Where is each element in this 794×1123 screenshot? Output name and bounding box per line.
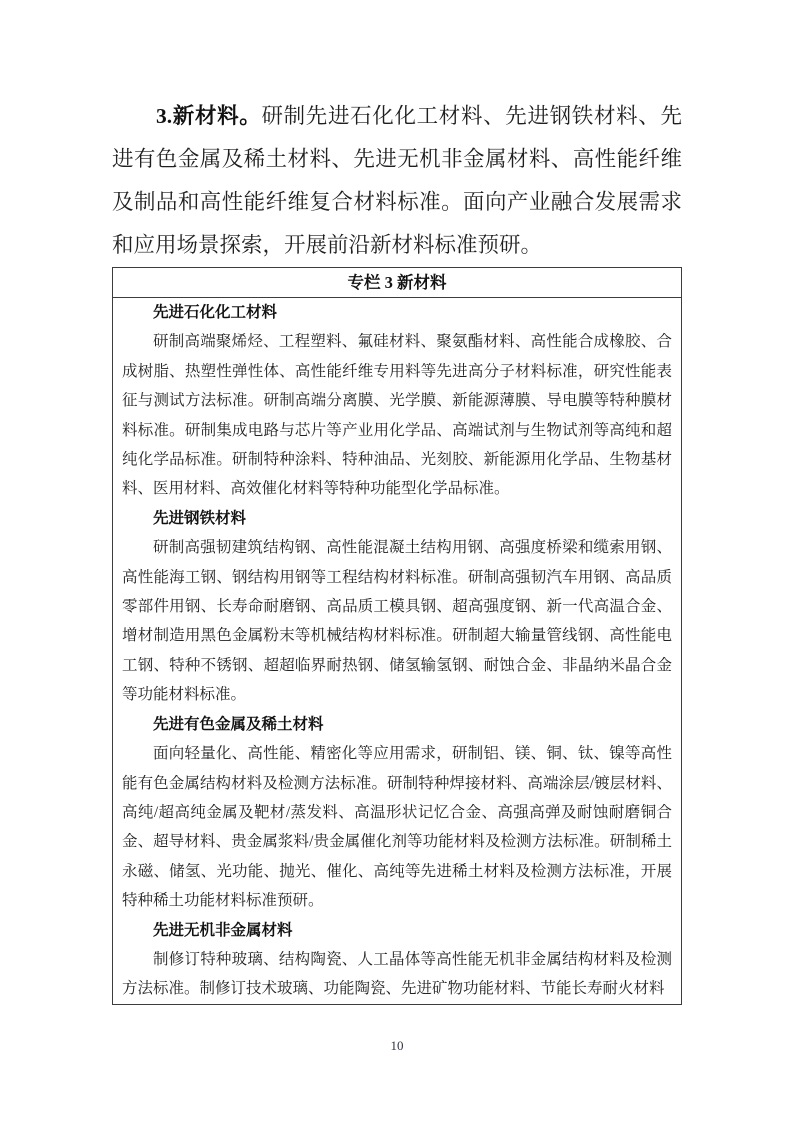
section-body: 制修订特种玻璃、结构陶瓷、人工晶体等高性能无机非金属结构材料及检测方法标准。制修… [122,945,672,1004]
section-inorganic-nonmetal: 先进无机非金属材料 制修订特种玻璃、结构陶瓷、人工晶体等高性能无机非金属结构材料… [122,916,672,1004]
section-body: 研制高端聚烯烃、工程塑料、氟硅材料、聚氨酯材料、高性能合成橡胶、合成树脂、热塑性… [122,327,672,503]
section-heading: 先进石化化工材料 [122,298,672,327]
section-body: 面向轻量化、高性能、精密化等应用需求，研制铝、镁、铜、钛、镍等高性能有色金属结构… [122,739,672,915]
section-heading: 先进钢铁材料 [122,504,672,533]
column-box-body: 先进石化化工材料 研制高端聚烯烃、工程塑料、氟硅材料、聚氨酯材料、高性能合成橡胶… [113,298,681,1004]
section-nonferrous-rare-earth: 先进有色金属及稀土材料 面向轻量化、高性能、精密化等应用需求，研制铝、镁、铜、钛… [122,710,672,916]
intro-lead-heading: 3.新材料。 [156,104,261,128]
section-heading: 先进有色金属及稀土材料 [122,710,672,739]
section-body: 研制高强韧建筑结构钢、高性能混凝土结构用钢、高强度桥梁和缆索用钢、高性能海工钢、… [122,533,672,709]
column-box: 专栏 3 新材料 先进石化化工材料 研制高端聚烯烃、工程塑料、氟硅材料、聚氨酯材… [112,267,682,1005]
section-petrochemical: 先进石化化工材料 研制高端聚烯烃、工程塑料、氟硅材料、聚氨酯材料、高性能合成橡胶… [122,298,672,504]
intro-paragraph: 3.新材料。研制先进石化化工材料、先进钢铁材料、先进有色金属及稀土材料、先进无机… [112,95,682,267]
page-content: 3.新材料。研制先进石化化工材料、先进钢铁材料、先进有色金属及稀土材料、先进无机… [112,95,682,1005]
document-page: 3.新材料。研制先进石化化工材料、先进钢铁材料、先进有色金属及稀土材料、先进无机… [0,0,794,1123]
column-box-title: 专栏 3 新材料 [113,268,681,298]
section-steel: 先进钢铁材料 研制高强韧建筑结构钢、高性能混凝土结构用钢、高强度桥梁和缆索用钢、… [122,504,672,710]
section-heading: 先进无机非金属材料 [122,916,672,945]
page-number: 10 [0,1038,794,1054]
